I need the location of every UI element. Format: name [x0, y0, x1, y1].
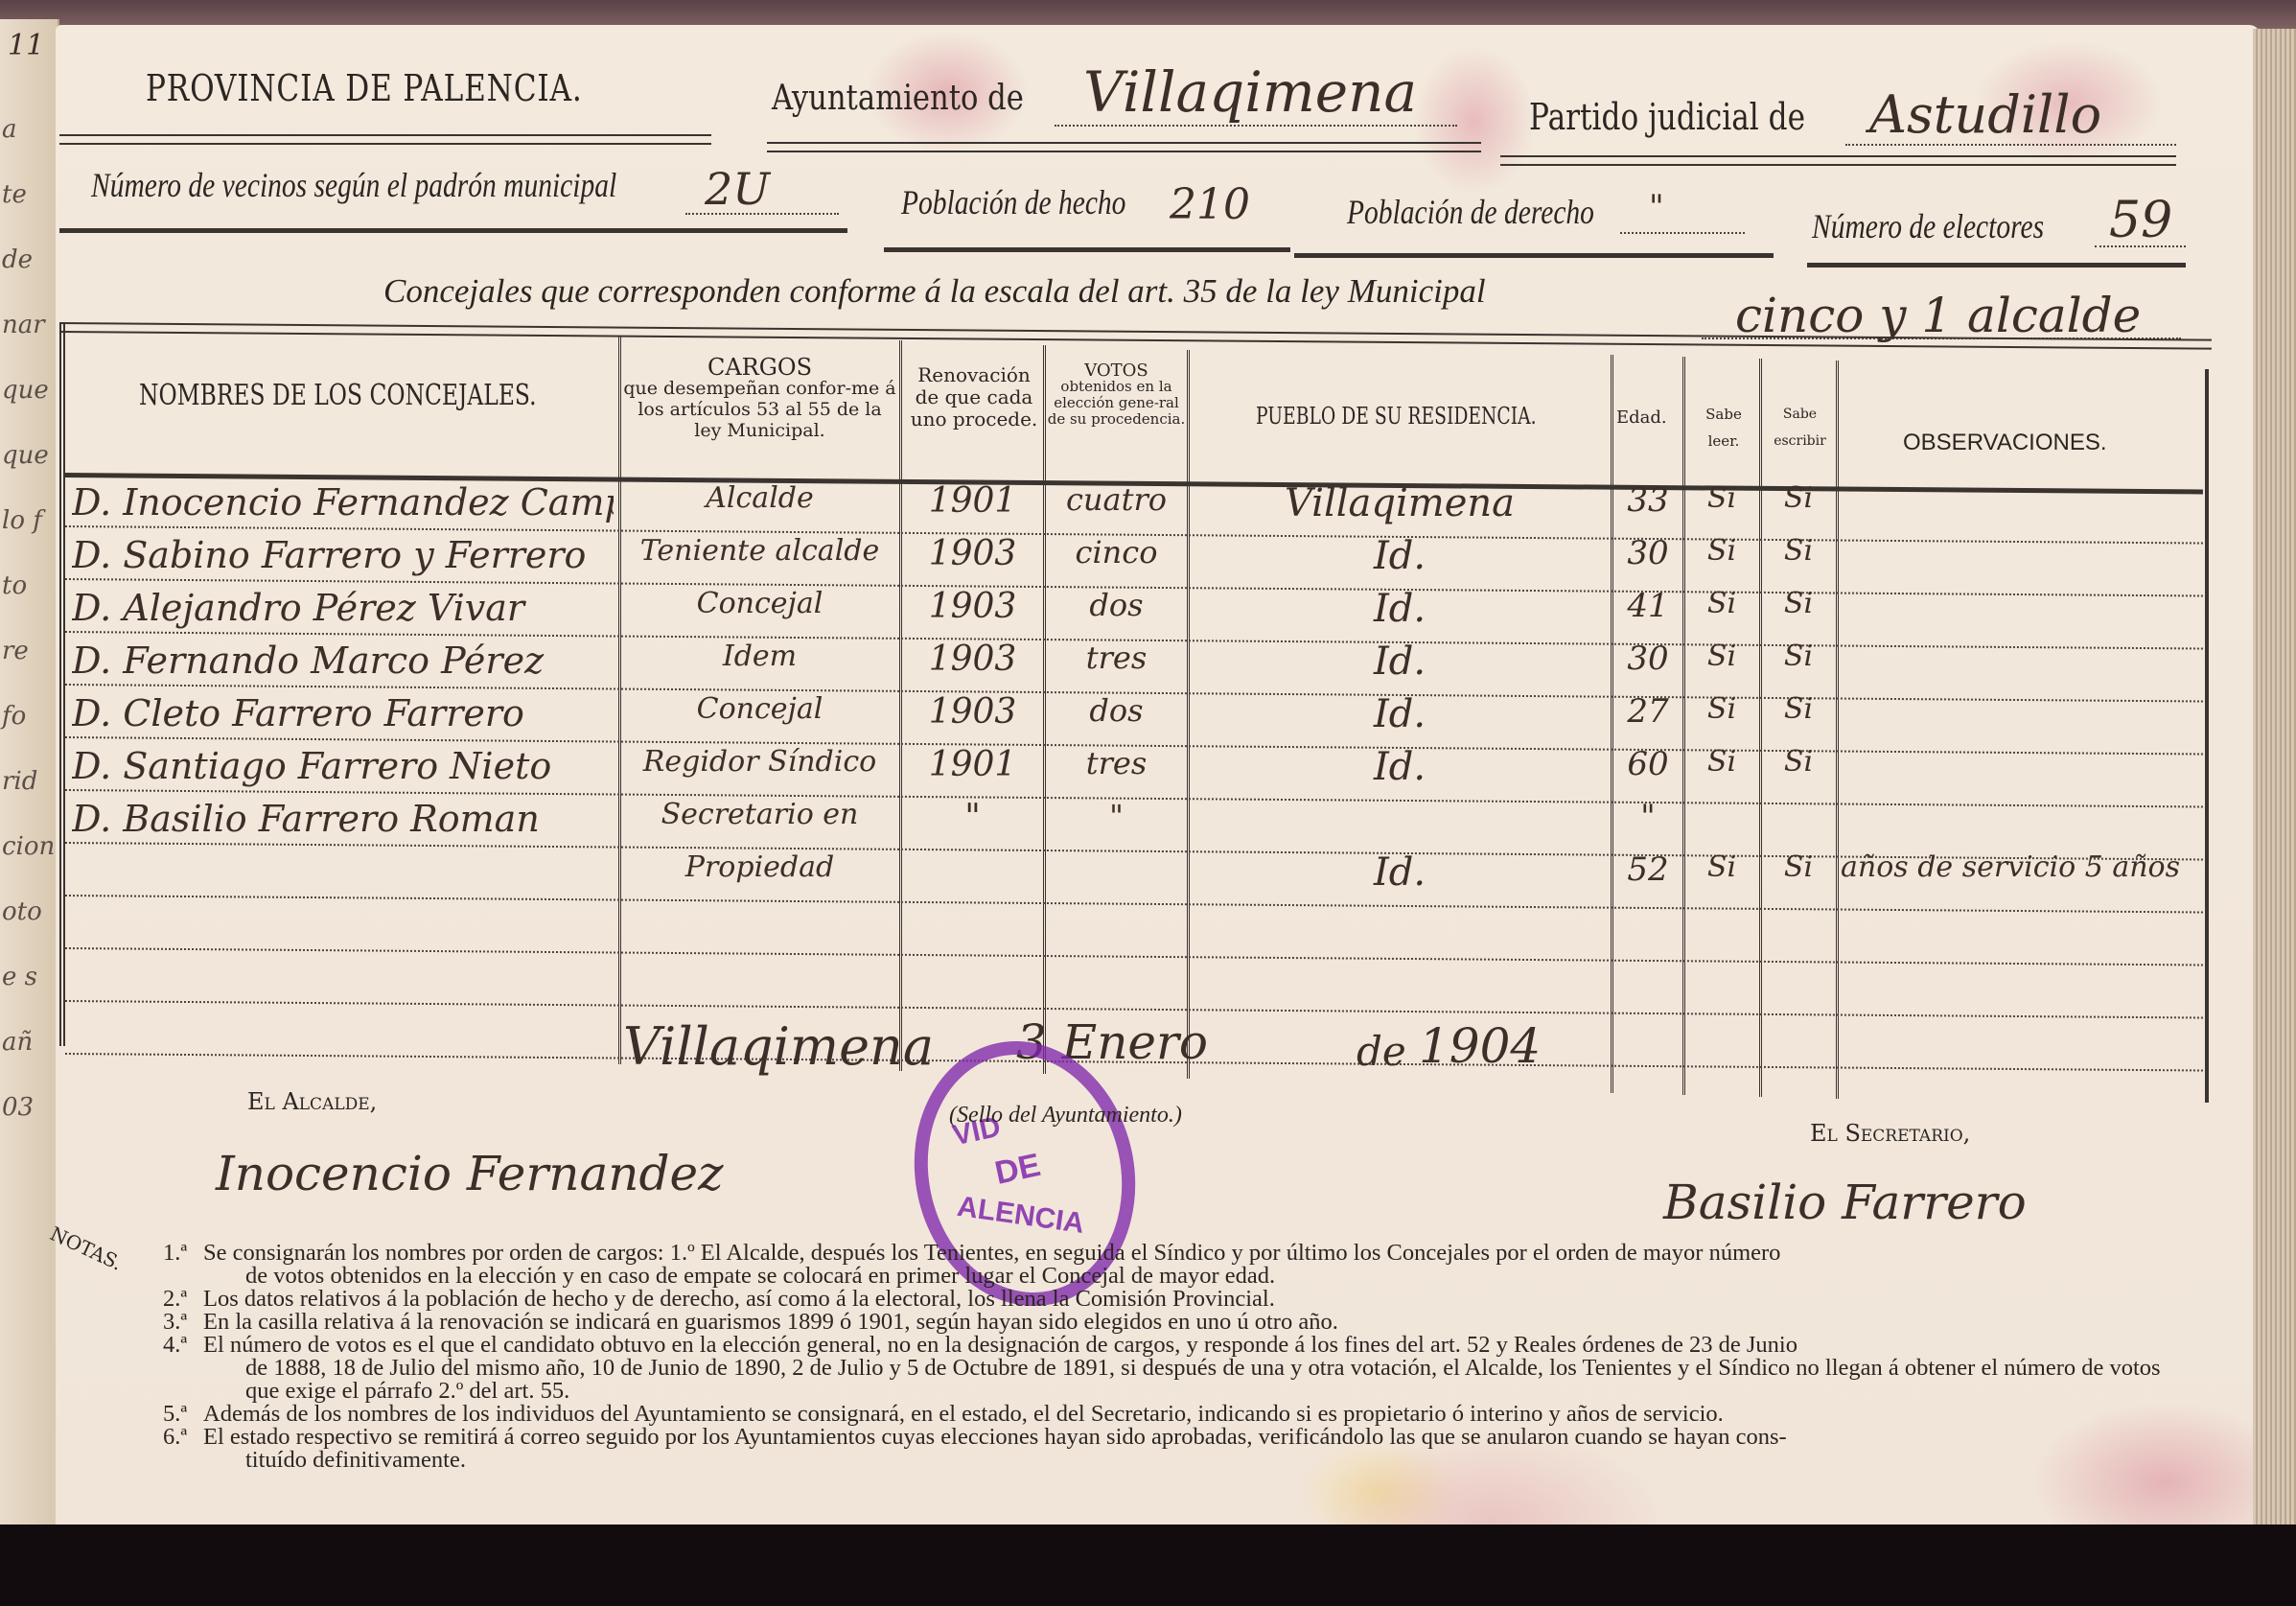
- stats-rule: [1294, 253, 1774, 258]
- cell-edad: 41: [1614, 587, 1681, 625]
- derecho-label: Población de derecho: [1347, 192, 1594, 232]
- margin-fragment: que: [2, 376, 49, 405]
- secretario-signature: Basilio Farrero: [1663, 1175, 2027, 1230]
- note-continuation: de votos obtenidos en la elección y en c…: [163, 1265, 2186, 1288]
- header-sabe-leer: Sabe leer.: [1689, 401, 1758, 454]
- cell-cargo: Alcalde: [623, 481, 896, 515]
- header-edad: Edad.: [1616, 407, 1667, 428]
- cell-votos: dos: [1047, 587, 1186, 623]
- note-item: 5.ªAdemás de los nombres de los individu…: [163, 1403, 2186, 1426]
- cell-nombre: D. Cleto Farrero Farrero: [72, 692, 614, 734]
- notes-list: 1.ªSe consignarán los nombres por orden …: [163, 1242, 2186, 1472]
- header-votos-sub: obtenidos en la elección gene-ral de su …: [1047, 379, 1186, 428]
- cell-leer: Si: [1685, 692, 1758, 726]
- cell-leer: Si: [1685, 640, 1758, 673]
- note-number: 6.ª: [163, 1426, 203, 1449]
- note-item: 4.ªEl número de votos es el que el candi…: [163, 1334, 2186, 1357]
- cell-votos: tres: [1047, 745, 1186, 781]
- sello-label: (Sello del Ayuntamiento.): [949, 1103, 1182, 1129]
- concejales-label: Concejales que corresponden conforme á l…: [383, 272, 1486, 311]
- note-number: 3.ª: [163, 1311, 203, 1334]
- note-text: El estado respectivo se remitirá á corre…: [203, 1426, 1787, 1449]
- page-stack-edge: [2253, 29, 2296, 1534]
- note-text: Se consignarán los nombres por orden de …: [203, 1242, 1780, 1265]
- book-bottom-edge: [0, 1525, 2296, 1606]
- table-row: D. Santiago Farrero NietoRegidor Síndico…: [0, 743, 2205, 793]
- cell-leer: Si: [1685, 534, 1758, 568]
- note-item: 2.ªLos datos relativos á la población de…: [163, 1288, 2186, 1311]
- cell-nombre: D. Santiago Farrero Nieto: [72, 745, 614, 787]
- note-continuation: de 1888, 18 de Julio del mismo año, 10 d…: [163, 1357, 2186, 1403]
- margin-fragment: a: [2, 115, 17, 144]
- cell-renovacion: 1903: [903, 640, 1042, 679]
- table-row: D. Inocencio Fernandez CampoAlcalde1901c…: [0, 479, 2205, 529]
- cell-renovacion: ": [903, 798, 1042, 837]
- cell-escribir: Si: [1762, 640, 1835, 673]
- cell-nombre: D. Alejandro Pérez Vivar: [72, 587, 614, 629]
- page-number: 11: [8, 29, 44, 62]
- partido-value: Astudillo: [1869, 84, 2101, 145]
- cell-escribir: Si: [1762, 850, 1835, 884]
- cell-cargo: Concejal: [623, 587, 896, 620]
- cell-pueblo: Villaqimena: [1194, 481, 1606, 525]
- cell-nombre: D. Fernando Marco Pérez: [72, 640, 614, 682]
- note-text: En la casilla relativa á la renovación s…: [203, 1311, 1338, 1334]
- margin-fragment: nar: [2, 311, 45, 339]
- cell-renovacion: 1901: [903, 481, 1042, 521]
- header-votos-title: VOTOS: [1047, 362, 1186, 379]
- cell-nombre: D. Inocencio Fernandez Campo: [72, 481, 614, 524]
- dotted-fill-line: [1055, 125, 1457, 127]
- cell-renovacion: 1901: [903, 745, 1042, 784]
- vecinos-label: Número de vecinos según el padrón munici…: [91, 165, 616, 205]
- note-text: Además de los nombres de los individuos …: [203, 1403, 1724, 1426]
- header-sabe-escribir: Sabe escribir: [1764, 401, 1836, 454]
- alcalde-signature: Inocencio Fernandez: [216, 1146, 723, 1201]
- cell-renovacion: 1903: [903, 692, 1042, 732]
- dotted-fill-line: [685, 213, 839, 215]
- cell-cargo: Teniente alcalde: [623, 534, 896, 568]
- table-row: D. Sabino Farrero y FerreroTeniente alca…: [0, 532, 2205, 582]
- cell-renovacion: 1903: [903, 534, 1042, 573]
- cell-votos: dos: [1047, 692, 1186, 729]
- cell-nombre: D. Basilio Farrero Roman: [72, 798, 614, 840]
- header-cargos: CARGOS que desempeñan confor-me á los ar…: [623, 357, 896, 441]
- alcalde-label: El Alcalde,: [247, 1088, 377, 1115]
- provincia-title: PROVINCIA DE PALENCIA.: [146, 67, 583, 109]
- derecho-value: ": [1649, 188, 1664, 226]
- cell-edad: 33: [1614, 481, 1681, 520]
- note-text: Los datos relativos á la población de he…: [203, 1288, 1275, 1311]
- cell-escribir: Si: [1762, 587, 1835, 620]
- header-observaciones: OBSERVACIONES.: [1903, 430, 2107, 456]
- stats-rule: [59, 228, 847, 233]
- date-place: Villaqimena: [623, 1016, 934, 1077]
- cell-votos: tres: [1047, 640, 1186, 676]
- header-nombres: NOMBRES DE LOS CONCEJALES.: [139, 379, 537, 412]
- dotted-fill-line: [1845, 144, 2176, 146]
- cell-cargo: Propiedad: [623, 850, 896, 884]
- note-continuation: tituído definitivamente.: [163, 1449, 2186, 1472]
- hecho-label: Población de hecho: [901, 182, 1125, 222]
- note-number: 2.ª: [163, 1288, 203, 1311]
- cell-leer: Si: [1685, 745, 1758, 779]
- hecho-value: 210: [1170, 180, 1250, 229]
- cell-cargo: Concejal: [623, 692, 896, 726]
- cell-escribir: Si: [1762, 481, 1835, 515]
- cell-escribir: Si: [1762, 692, 1835, 726]
- cell-escribir: Si: [1762, 534, 1835, 568]
- table-right-border: [2205, 369, 2209, 1103]
- note-number: 5.ª: [163, 1403, 203, 1426]
- note-item: 6.ªEl estado respectivo se remitirá á co…: [163, 1426, 2186, 1449]
- cell-cargo: Idem: [623, 640, 896, 673]
- table-row: PropiedadId.52SiSiaños de servicio 5 año…: [0, 849, 2205, 898]
- margin-fragment: te: [2, 180, 27, 209]
- date-year: 1904: [1419, 1018, 1541, 1074]
- header-cargos-title: CARGOS: [623, 357, 896, 378]
- cell-leer: Si: [1685, 481, 1758, 515]
- cell-leer: Si: [1685, 850, 1758, 884]
- cell-edad: 30: [1614, 640, 1681, 678]
- note-text: El número de votos es el que el candidat…: [203, 1334, 1797, 1357]
- cell-pueblo: Id.: [1194, 692, 1606, 736]
- cell-edad: ": [1614, 798, 1681, 836]
- cell-pueblo: Id.: [1194, 745, 1606, 789]
- ayuntamiento-label: Ayuntamiento de: [772, 79, 1024, 118]
- header-pueblo: PUEBLO DE SU RESIDENCIA.: [1256, 403, 1537, 430]
- margin-fragment: 03: [2, 1093, 34, 1122]
- secretario-label: El Secretario,: [1810, 1120, 1970, 1147]
- note-number: 4.ª: [163, 1334, 203, 1357]
- cell-nombre: D. Sabino Farrero y Ferrero: [72, 534, 614, 576]
- header-renovacion: Renovación de que cada uno procede.: [906, 364, 1042, 431]
- cell-escribir: Si: [1762, 745, 1835, 779]
- table-row: D. Fernando Marco PérezIdem1903tresId.30…: [0, 638, 2205, 687]
- header-votos: VOTOS obtenidos en la elección gene-ral …: [1047, 362, 1186, 428]
- cell-votos: ": [1047, 798, 1186, 834]
- cell-pueblo: Id.: [1194, 850, 1606, 895]
- cell-votos: cuatro: [1047, 481, 1186, 518]
- stats-rule: [1807, 263, 2186, 268]
- dotted-fill-line: [1620, 232, 1745, 234]
- margin-fragment: que: [2, 441, 49, 470]
- header-rule: [1500, 155, 2176, 166]
- cell-cargo: Regidor Síndico: [623, 745, 896, 779]
- cell-observaciones: años de servicio 5 años: [1841, 850, 2203, 884]
- electores-label: Número de electores: [1812, 206, 2044, 246]
- header-cargos-sub: que desempeñan confor-me á los artículos…: [623, 378, 896, 441]
- vecinos-value: 2U: [705, 163, 770, 215]
- date-year-prefix: de: [1357, 1028, 1406, 1075]
- cell-votos: cinco: [1047, 534, 1186, 570]
- partido-label: Partido judicial de: [1529, 96, 1805, 138]
- cell-edad: 30: [1614, 534, 1681, 572]
- cell-cargo: Secretario en: [623, 798, 896, 831]
- note-number: 1.ª: [163, 1242, 203, 1265]
- ayuntamiento-value: Villaqimena: [1083, 59, 1417, 125]
- table-row: D. Basilio Farrero RomanSecretario en""": [0, 796, 2205, 846]
- cell-edad: 27: [1614, 692, 1681, 731]
- cell-edad: 60: [1614, 745, 1681, 783]
- header-rule: [59, 134, 711, 145]
- table-row: [0, 954, 2205, 1004]
- table-row: [0, 901, 2205, 951]
- margin-fragment: de: [2, 245, 33, 274]
- cell-edad: 52: [1614, 850, 1681, 889]
- cell-pueblo: Id.: [1194, 587, 1606, 631]
- note-item: 1.ªSe consignarán los nombres por orden …: [163, 1242, 2186, 1265]
- cell-leer: Si: [1685, 587, 1758, 620]
- cell-pueblo: Id.: [1194, 534, 1606, 578]
- table-row: D. Cleto Farrero FarreroConcejal1903dosI…: [0, 690, 2205, 740]
- cell-pueblo: Id.: [1194, 640, 1606, 684]
- dotted-fill-line: [2095, 245, 2186, 247]
- header-rule: [767, 142, 1481, 152]
- electores-value: 59: [2109, 192, 2172, 249]
- table-row: D. Alejandro Pérez VivarConcejal1903dosI…: [0, 585, 2205, 635]
- stats-rule: [884, 247, 1290, 252]
- note-item: 3.ªEn la casilla relativa á la renovació…: [163, 1311, 2186, 1334]
- cell-renovacion: 1903: [903, 587, 1042, 626]
